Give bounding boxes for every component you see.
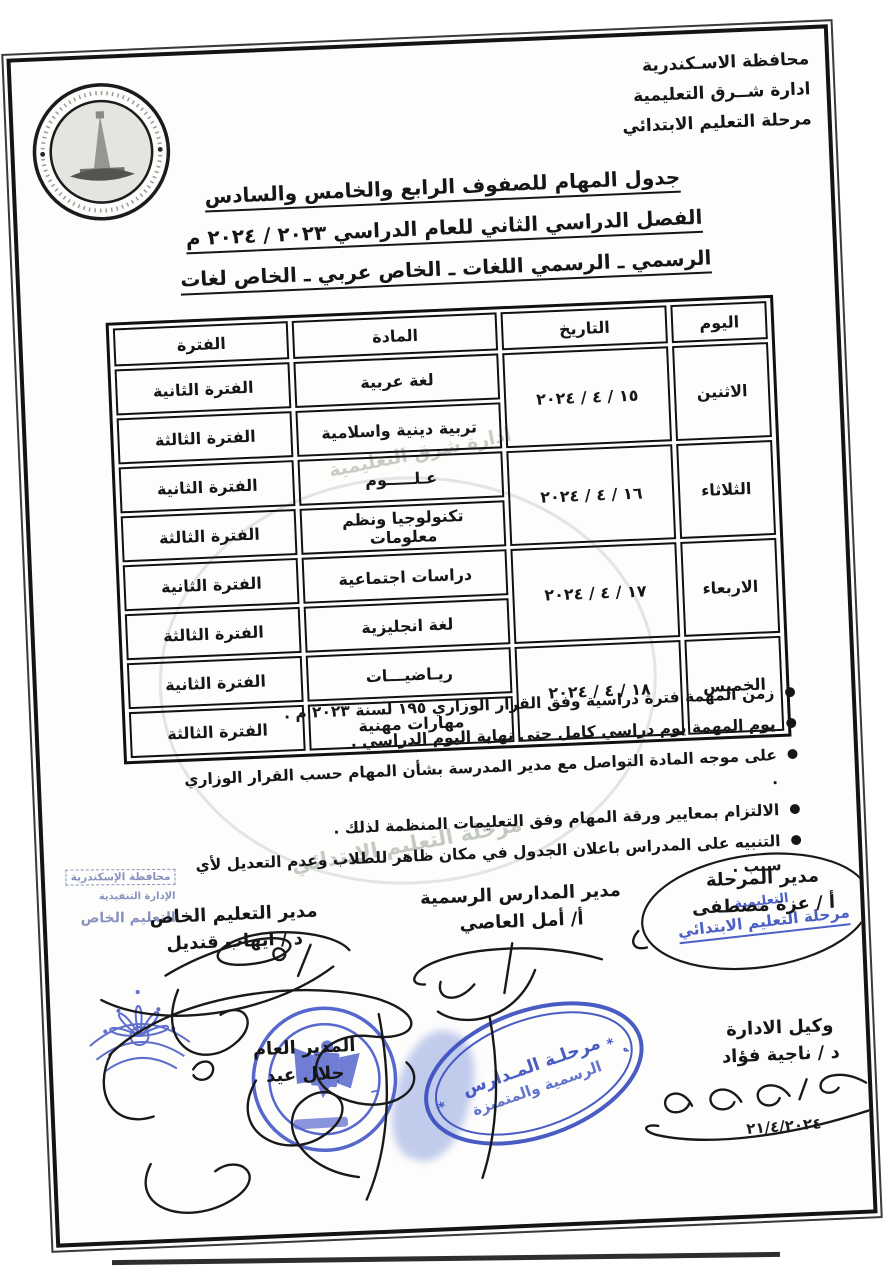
star-glyph: * [605, 1035, 618, 1053]
period-cell: الفترة الثانية [119, 460, 296, 513]
date-cell: ١٦ / ٤ / ٢٠٢٤ [506, 444, 676, 546]
bullet-icon: ● [790, 830, 802, 851]
bullet-icon: ● [784, 682, 796, 703]
paper-sheet: ادارة شرق التعليمية مرحلة التعليم الابتد… [1, 19, 883, 1253]
signature-title: المدير العام [224, 1034, 385, 1062]
date-cell: ١٧ / ٤ / ٢٠٢٤ [510, 542, 680, 644]
scanned-document-page: { "doc": { "header": { "line1": "محافظة … [0, 0, 892, 1280]
scan-edge-line [112, 1252, 780, 1265]
document-title: جدول المهام للصفوف الرابع والخامس والساد… [122, 153, 767, 303]
signature-block-deputy: وكيل الادارة د / ناجية فؤاد ٢١/٤/٢٠٢٤ [669, 1013, 877, 1140]
period-cell: الفترة الثالثة [125, 607, 302, 660]
period-cell: الفترة الثانية [115, 362, 292, 415]
col-header-subject: المادة [292, 312, 498, 359]
stamp-line: محافظة الإسكندرية [66, 869, 176, 886]
subject-cell: تكنولوجيا ونظم معلومات [300, 500, 506, 555]
letterhead: محافظة الاسـكندرية ادارة شــرق التعليمية… [509, 45, 812, 147]
period-cell: الفترة الثالثة [121, 509, 298, 562]
schools-oval-stamp: محافظة الإسكندرية / إدارة شرق التعليمية … [393, 954, 674, 1189]
handwritten-date: ٢١/٤/٢٠٢٤ [673, 1109, 877, 1144]
subject-cell: لغة عربية [294, 353, 500, 408]
signature-block-stage-director: مدير المرحلة أ / عزة مصطفى [657, 863, 869, 920]
day-cell: الاربعاء [681, 538, 781, 637]
date-cell: ١٥ / ٤ / ٢٠٢٤ [502, 346, 672, 448]
signature-block-general-director: المدير العام جلال عيد [224, 1034, 386, 1089]
day-cell: الثلاثاء [676, 440, 776, 539]
day-cell: الاثنين [672, 342, 772, 441]
signature-block-private-education: مدير التعليم الخاص د / ايهاب قنديل [108, 899, 360, 957]
signature-name: د / ناجية فؤاد [670, 1040, 877, 1070]
col-header-period: الفترة [113, 321, 290, 366]
star-glyph: * [436, 1099, 449, 1117]
bullet-icon: ● [787, 744, 799, 765]
stamp-line: الإدارة التنفيذية [36, 891, 176, 903]
period-cell: الفترة الثانية [123, 558, 300, 611]
subject-cell: تربية دينية واسلامية [296, 402, 502, 457]
signature-block-official-schools: مدير المدارس الرسمية أ/ أمل العاصي [408, 879, 635, 936]
period-cell: الفترة الثالثة [117, 411, 294, 464]
bullet-icon: ● [789, 799, 801, 820]
subject-cell: عـلـــــوم [298, 451, 504, 506]
col-header-date: التاريخ [500, 305, 668, 350]
page-frame: ادارة شرق التعليمية مرحلة التعليم الابتد… [6, 24, 877, 1247]
subject-cell: لغة انجليزية [304, 598, 510, 653]
signature-name: أ/ أمل العاصي [409, 906, 635, 936]
signature-title: وكيل الادارة [669, 1013, 877, 1043]
flower-stamp [67, 963, 212, 1099]
bullet-icon: ● [785, 713, 797, 734]
subject-cell: دراسات اجتماعية [302, 549, 508, 604]
signature-name: د / ايهاب قنديل [109, 926, 360, 957]
col-header-day: اليوم [671, 301, 768, 343]
